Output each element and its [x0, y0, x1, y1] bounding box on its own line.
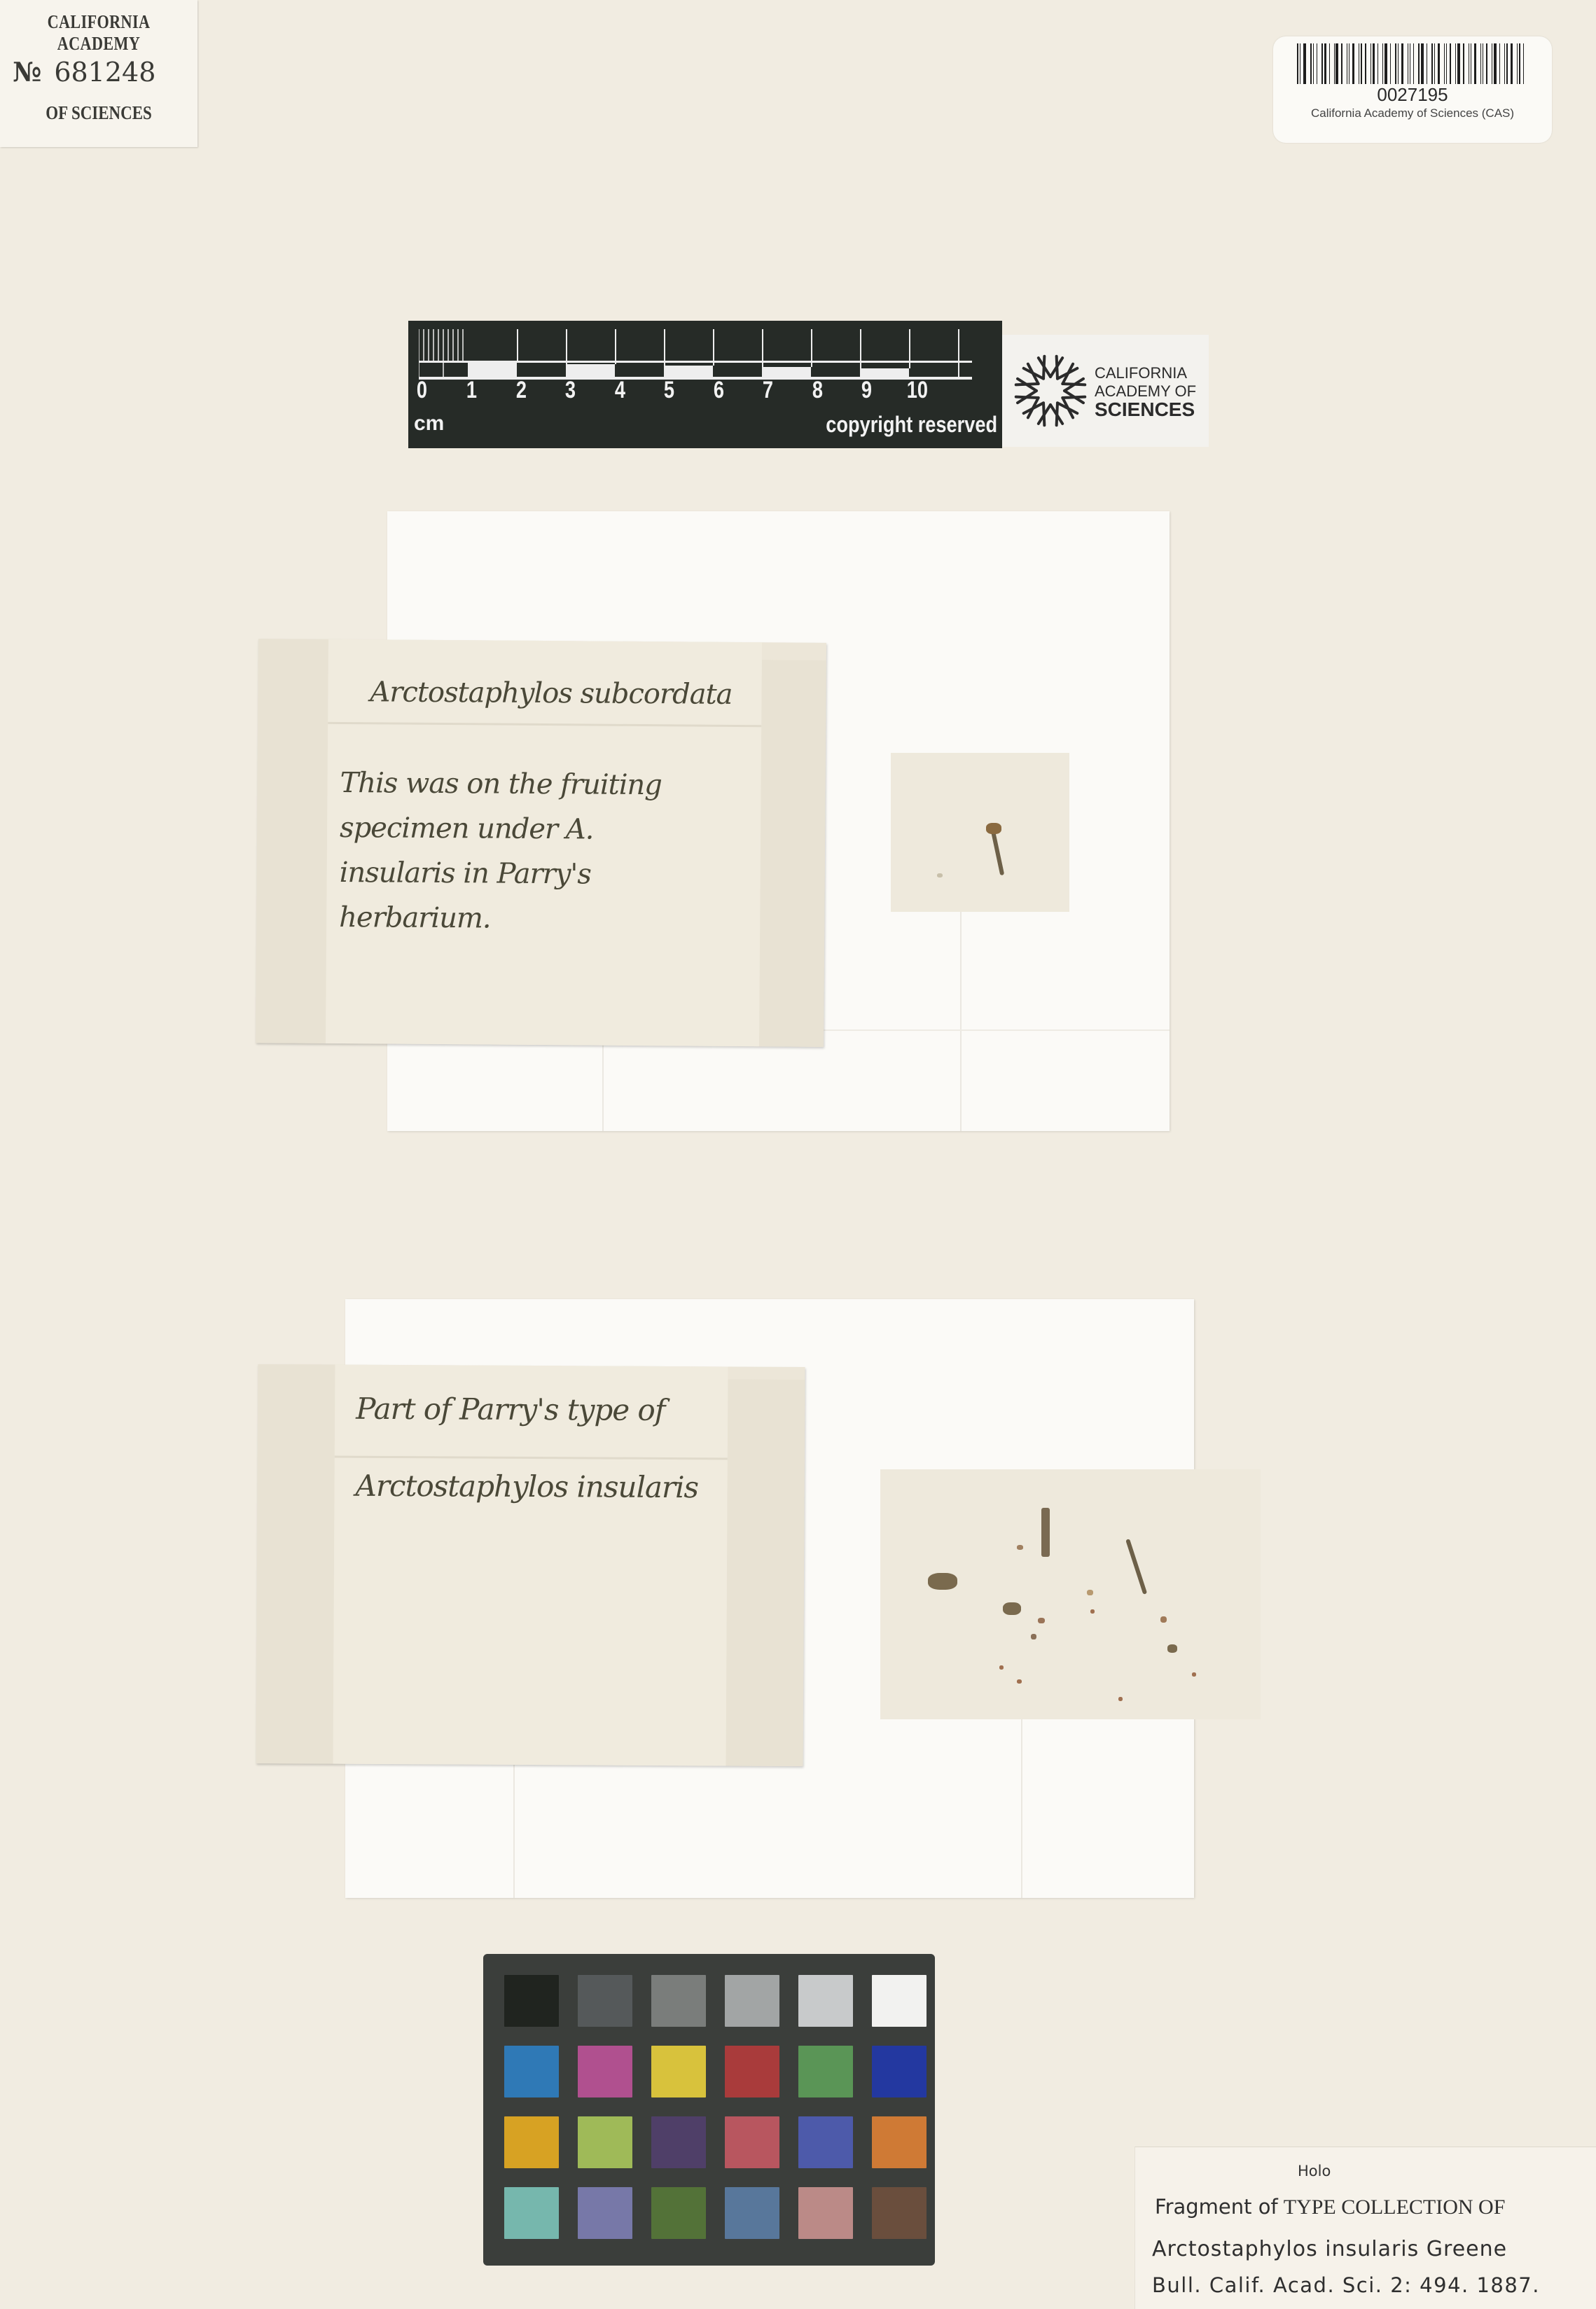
seed-fragment [1031, 1634, 1036, 1639]
seed-fragment [1167, 1644, 1177, 1653]
color-swatch [725, 2116, 779, 2168]
accession-label: CALIFORNIA ACADEMY №681248 OF SCIENCES [0, 0, 197, 147]
tick-label: 5 [664, 377, 674, 404]
handwritten-prefix: Fragment of [1155, 2195, 1278, 2219]
color-swatch [872, 2046, 927, 2097]
accession-number-line: №681248 [13, 56, 155, 88]
seed-fragment [1118, 1697, 1123, 1701]
type-citation: Bull. Calif. Acad. Sci. 2: 494. 1887. [1152, 2273, 1540, 2297]
lower-specimen-packet[interactable]: Part of Parry's type of Arctostaphylos i… [256, 1364, 805, 1766]
type-taxon-name: Arctostaphylos insularis Greene [1152, 2237, 1507, 2261]
barcode-bars [1297, 43, 1528, 84]
color-swatch [651, 2046, 706, 2097]
packet-note-line: Part of Parry's type of [356, 1392, 665, 1427]
seed-fragment [1192, 1672, 1196, 1677]
color-swatch [798, 1975, 853, 2027]
color-swatch [504, 2116, 559, 2168]
seed-fragment [1087, 1590, 1093, 1595]
barcode-number: 0027195 [1273, 84, 1552, 106]
tick-label: 10 [907, 377, 928, 404]
twig-fragment [1041, 1508, 1050, 1557]
color-calibration-chart [483, 1954, 935, 2266]
type-label-heading: Fragment of TYPE COLLECTION OF [1155, 2195, 1505, 2219]
leaf-fragment [1003, 1602, 1021, 1615]
packet-taxon-name: Arctostaphylos insularis [355, 1469, 698, 1505]
packet-note-line: This was on the fruiting [340, 767, 662, 801]
tick-label: 8 [812, 377, 823, 404]
color-swatch [872, 2187, 927, 2239]
tick-label: 0 [417, 377, 427, 404]
logo-text-line: CALIFORNIA [1095, 364, 1196, 382]
accession-number: 681248 [54, 57, 155, 88]
color-swatch [651, 1975, 706, 2027]
color-swatch [872, 2116, 927, 2168]
color-swatch [798, 2046, 853, 2097]
packet-taxon-name: Arctostaphylos subcordata [370, 676, 732, 711]
color-swatch [504, 2046, 559, 2097]
color-swatch [504, 1975, 559, 2027]
color-swatch [578, 1975, 632, 2027]
color-swatch [651, 2116, 706, 2168]
number-sign: № [13, 56, 41, 88]
tick-label: 4 [615, 377, 625, 404]
color-swatch [725, 1975, 779, 2027]
packet-right-flap [759, 660, 826, 1047]
packet-left-flap [256, 1364, 335, 1764]
color-swatch-grid [504, 1975, 927, 2239]
color-swatch [798, 2116, 853, 2168]
scale-bar: 0 1 2 3 4 5 6 7 8 9 10 cm copyright rese… [408, 321, 1209, 448]
packet-left-flap [256, 639, 328, 1043]
printed-heading: TYPE COLLECTION OF [1284, 2196, 1506, 2219]
seed-fragment [1090, 1609, 1095, 1614]
holotype-annotation: Holo [1298, 2163, 1331, 2179]
cas-starburst-logo-icon [1012, 352, 1089, 429]
tick-label: 3 [565, 377, 576, 404]
cas-logo-text: CALIFORNIA ACADEMY OF SCIENCES [1095, 364, 1196, 419]
accession-institution-line3: OF SCIENCES [21, 102, 177, 124]
tick-label: 9 [861, 377, 872, 404]
seed-fragment [1160, 1616, 1167, 1623]
packet-note-line: herbarium. [339, 901, 491, 935]
upper-specimen-fragment [891, 753, 1069, 912]
type-collection-label: Holo Fragment of TYPE COLLECTION OF Arct… [1134, 2147, 1596, 2309]
seed-fragment [937, 873, 943, 878]
color-swatch [578, 2187, 632, 2239]
seed-fragment [1017, 1545, 1023, 1550]
tick-label: 6 [714, 377, 724, 404]
logo-text-line: SCIENCES [1095, 401, 1196, 419]
tick-label: 7 [763, 377, 773, 404]
scale-tick-labels: 0 1 2 3 4 5 6 7 8 9 10 [411, 377, 985, 412]
color-swatch [651, 2187, 706, 2239]
color-swatch [798, 2187, 853, 2239]
color-swatch [578, 2046, 632, 2097]
color-swatch [872, 1975, 927, 2027]
color-swatch [725, 2187, 779, 2239]
seed-fragment [1038, 1618, 1045, 1623]
twig-fragment [991, 831, 1004, 875]
seed-fragment [1017, 1679, 1022, 1684]
packet-note-line: insularis in Parry's [340, 857, 592, 891]
packet-right-flap [726, 1379, 805, 1766]
barcode-institution: California Academy of Sciences (CAS) [1273, 106, 1552, 120]
tick-label: 2 [516, 377, 527, 404]
packet-note-line: specimen under A. [340, 812, 594, 846]
color-swatch [504, 2187, 559, 2239]
leaf-fragment [928, 1573, 957, 1590]
tick-label: 1 [466, 377, 477, 404]
lower-specimen-fragments [880, 1469, 1261, 1719]
accession-institution-line1: CALIFORNIA ACADEMY [24, 11, 174, 55]
fruit-fragment [986, 823, 1001, 834]
seed-fragment [999, 1665, 1004, 1670]
twig-fragment [1125, 1539, 1147, 1595]
copyright-text: copyright reserved [826, 412, 997, 438]
unit-label: cm [414, 412, 444, 436]
envelope-seam [1021, 1691, 1022, 1898]
envelope-seam [960, 889, 962, 1131]
barcode-label: 0027195 California Academy of Sciences (… [1273, 36, 1552, 143]
upper-specimen-packet[interactable]: Arctostaphylos subcordata This was on th… [256, 639, 826, 1047]
color-swatch [725, 2046, 779, 2097]
color-swatch [578, 2116, 632, 2168]
